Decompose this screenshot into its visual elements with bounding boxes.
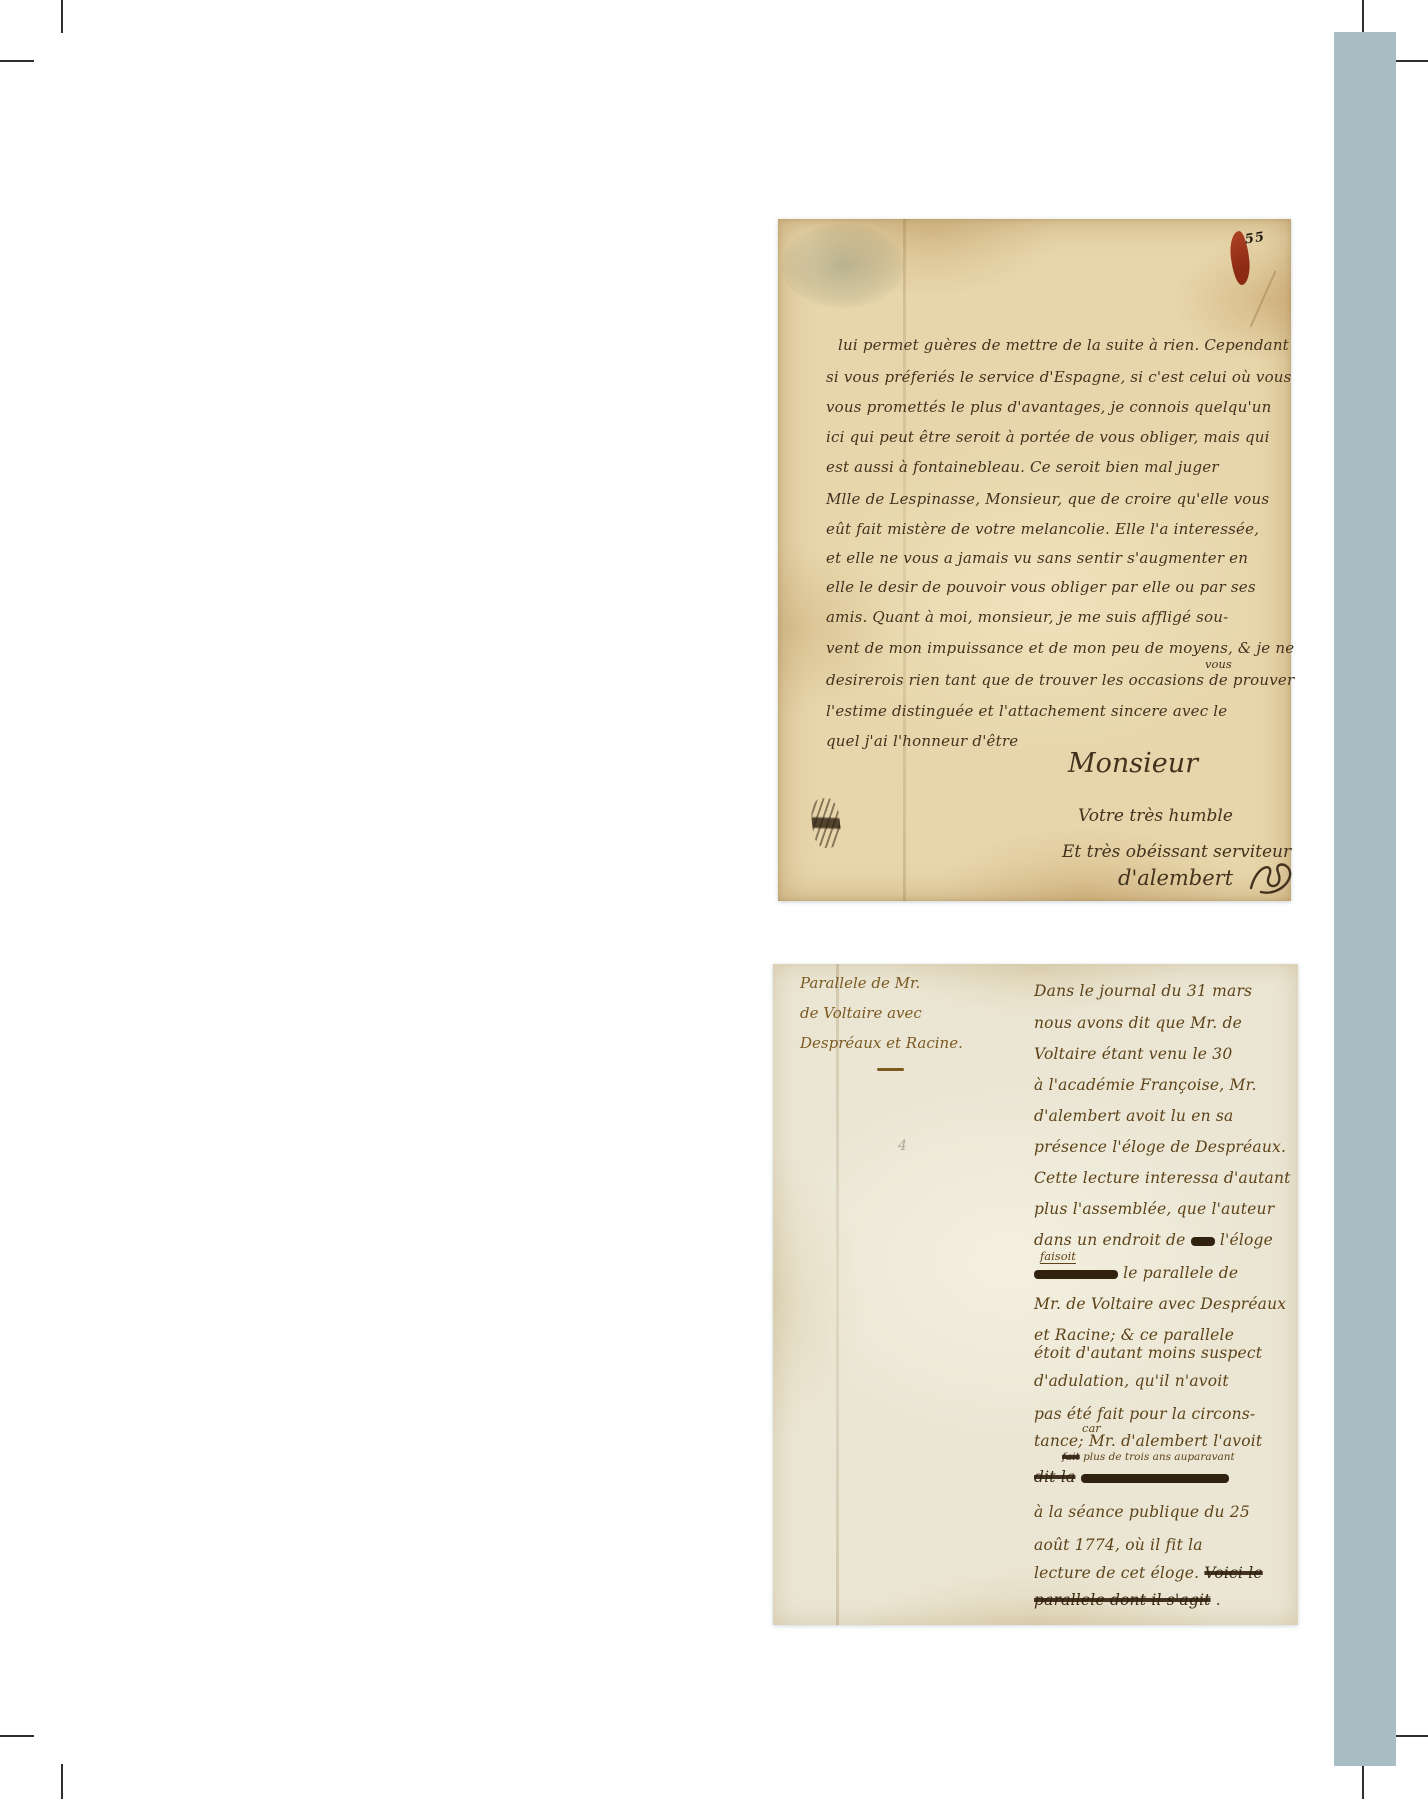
crop-mark-top-right-vertical: [1362, 0, 1364, 32]
note-line: nous avons dit que Mr. de: [1034, 1014, 1296, 1032]
crop-mark-bottom-left-vertical: [61, 1764, 63, 1799]
note-line: Voltaire étant venu le 30: [1034, 1045, 1296, 1063]
letter-line: l'estime distinguée et l'attachement sin…: [826, 702, 1288, 720]
letter-line: ici qui peut être seroit à portée de vou…: [826, 428, 1288, 446]
signature-paraph-flourish: [1247, 858, 1293, 898]
note-text: .: [1216, 1591, 1221, 1609]
ink-crossout-blot: [1191, 1237, 1215, 1246]
struck-text: dit la: [1034, 1468, 1075, 1486]
letter-line: desirerois rien tant que de trouver les …: [826, 671, 1288, 689]
crop-mark-top-left-vertical: [61, 0, 63, 33]
insert-text: plus de trois ans auparavant: [1083, 1451, 1235, 1463]
signature: d'alembert: [1118, 866, 1233, 890]
letter-line: lui permet guères de mettre de la suite …: [826, 336, 1288, 354]
note-line: dans un endroit de l'éloge: [1034, 1231, 1296, 1249]
letter-line: vous promettés le plus d'avantages, je c…: [826, 398, 1288, 416]
note-text: le parallele de: [1123, 1264, 1238, 1282]
crop-mark-top-right-horizontal: [1394, 60, 1428, 62]
salutation: Monsieur: [1068, 748, 1198, 779]
folio-number-mark: 55: [1244, 230, 1266, 248]
note-line: et Racine; & ce parallele: [1034, 1326, 1296, 1344]
margin-note-line: Despréaux et Racine.: [800, 1034, 963, 1052]
note-line: lecture de cet éloge. Voici le: [1034, 1564, 1296, 1582]
note-line: Dans le journal du 31 mars: [1034, 982, 1296, 1000]
crop-mark-bottom-right-horizontal: [1394, 1735, 1428, 1737]
letter-line: si vous préferiés le service d'Espagne, …: [826, 368, 1288, 386]
struck-word: fait: [1062, 1451, 1080, 1463]
letter-line: amis. Quant à moi, monsieur, je me suis …: [826, 608, 1288, 626]
struck-text: Voici le: [1204, 1564, 1262, 1582]
letter-line: Mlle de Lespinasse, Monsieur, que de cro…: [826, 490, 1288, 508]
crop-mark-bottom-left-horizontal: [0, 1735, 34, 1737]
closing-line: Votre très humble: [1078, 806, 1233, 826]
note-line: le parallele de: [1034, 1264, 1296, 1282]
note-line: d'adulation, qu'il n'avoit: [1034, 1372, 1296, 1390]
note-text: dans un endroit de: [1034, 1231, 1186, 1249]
catalog-page: 55 lui permet guères de mettre de la sui…: [0, 0, 1428, 1799]
letter-line: quel j'ai l'honneur d'être: [826, 732, 1288, 750]
margin-note-line: de Voltaire avec: [800, 1004, 922, 1022]
note-line: à l'académie Françoise, Mr.: [1034, 1076, 1296, 1094]
note-text: l'éloge: [1220, 1231, 1273, 1249]
faded-stamp-blot: [782, 224, 904, 308]
struck-text: parallele dont il s'agit: [1034, 1591, 1211, 1609]
letter-line: eût fait mistère de votre melancolie. El…: [826, 520, 1288, 538]
note-line-crossed-out: parallele dont il s'agit .: [1034, 1591, 1296, 1609]
note-line: à la séance publique du 25: [1034, 1503, 1296, 1521]
ink-crossout-blot: [1081, 1474, 1229, 1483]
letter-line: vent de mon impuissance et de mon peu de…: [826, 639, 1288, 657]
letter-line: elle le desir de pouvoir vous obliger pa…: [826, 578, 1288, 596]
ink-crossout-blot: [1034, 1270, 1118, 1279]
note-line: pas été fait pour la circons-: [1034, 1405, 1296, 1423]
note-line: d'alembert avoit lu en sa: [1034, 1107, 1296, 1125]
note-line: étoit d'autant moins suspect: [1034, 1344, 1296, 1362]
note-line: Mr. de Voltaire avec Despréaux: [1034, 1295, 1296, 1313]
letter-line: et elle ne vous a jamais vu sans sentir …: [826, 549, 1288, 567]
interlinear-insert: fait plus de trois ans auparavant: [1062, 1451, 1235, 1463]
note-line: Cette lecture interessa d'autant: [1034, 1169, 1296, 1187]
pencil-number-mark: 4: [898, 1138, 907, 1154]
paper-fold-crease: [836, 964, 839, 1625]
interlinear-insert: vous: [1205, 657, 1232, 671]
letter-line: est aussi à fontainebleau. Ce seroit bie…: [826, 458, 1288, 476]
note-line: plus l'assemblée, que l'auteur: [1034, 1200, 1296, 1218]
note-line-crossed-out: dit la: [1034, 1468, 1296, 1486]
crop-mark-top-left-horizontal: [0, 60, 34, 62]
note-line: tance; Mr. d'alembert l'avoit: [1034, 1432, 1296, 1450]
crop-mark-bottom-right-vertical: [1362, 1766, 1364, 1799]
margin-note-line: Parallele de Mr.: [800, 974, 920, 992]
note-line: présence l'éloge de Despréaux.: [1034, 1138, 1296, 1156]
note-line: août 1774, où il fit la: [1034, 1536, 1296, 1554]
note-text: lecture de cet éloge.: [1034, 1564, 1199, 1582]
margin-note-underline: [877, 1068, 904, 1071]
interlinear-insert: faisoit: [1040, 1249, 1076, 1264]
decorative-sidebar-bar: [1334, 32, 1396, 1766]
